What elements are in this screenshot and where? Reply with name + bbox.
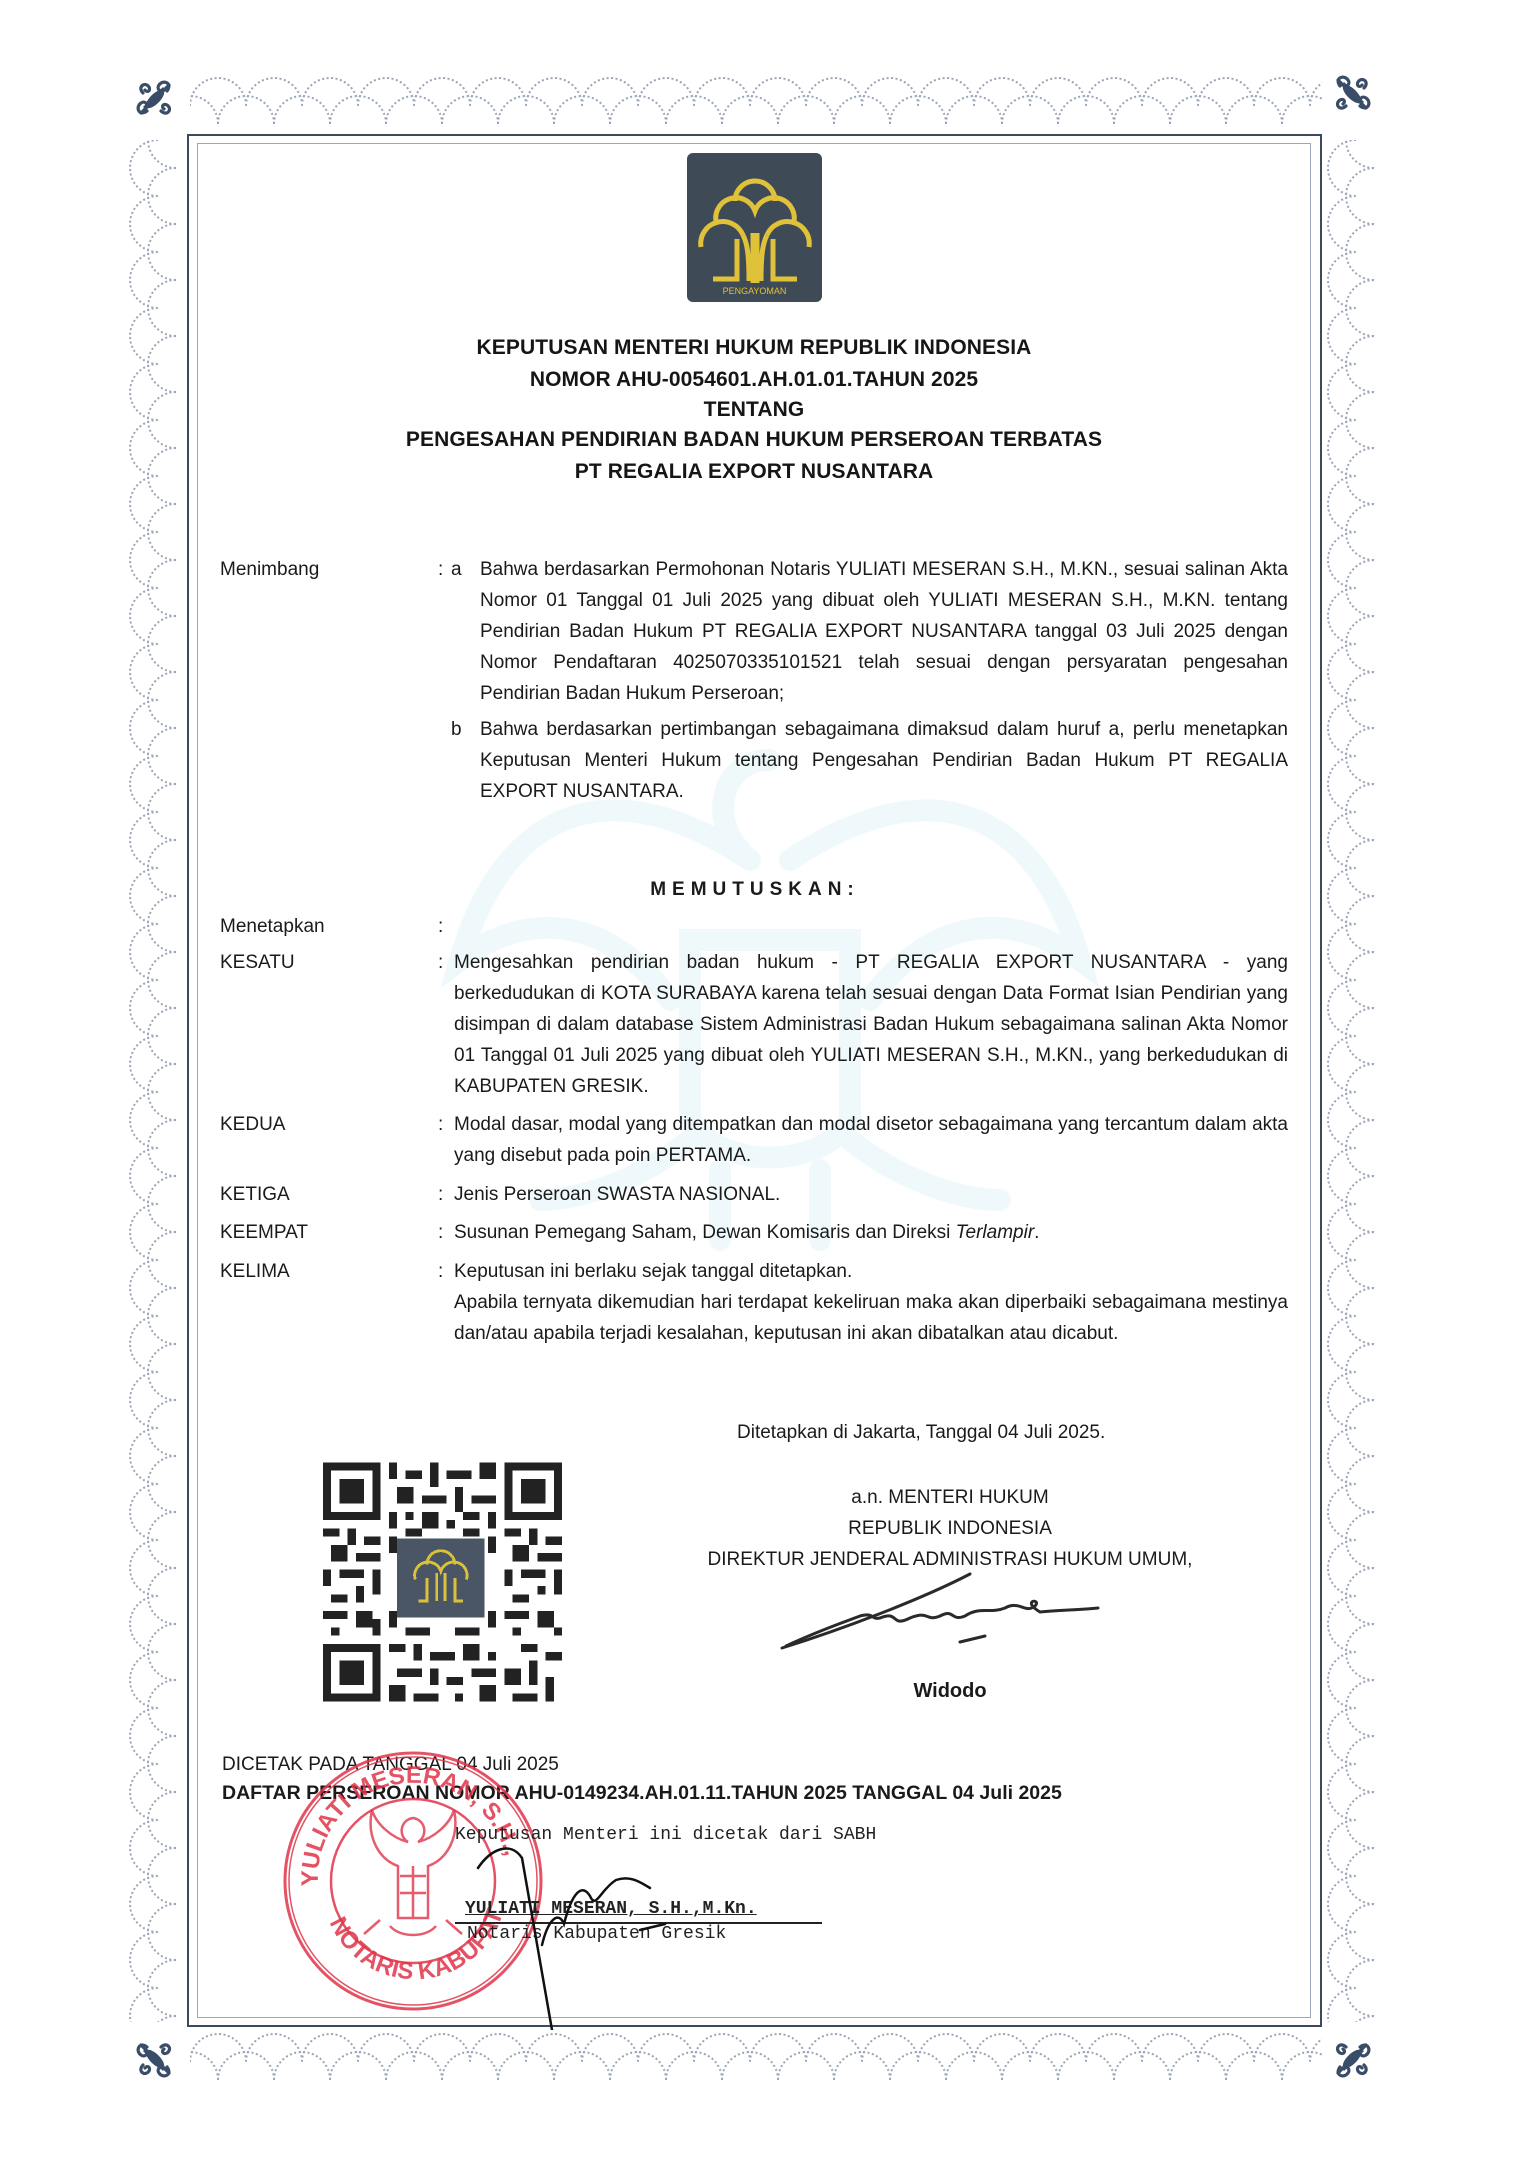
corner-ornament-icon — [1330, 2037, 1374, 2081]
decision-text-kedua: Modal dasar, modal yang ditempatkan dan … — [454, 1109, 1288, 1171]
memutuskan-heading: MEMUTUSKAN: — [600, 877, 910, 903]
corner-ornament-icon — [133, 77, 177, 121]
item-letter-a: a — [451, 557, 462, 583]
decision-text-keempat-italic: Terlampir — [956, 1222, 1035, 1243]
decree-subject: PENGESAHAN PENDIRIAN BADAN HUKUM PERSERO… — [300, 427, 1208, 453]
decision-text-kesatu: Mengesahkan pendirian badan hukum - PT R… — [454, 947, 1288, 1102]
decree-number: NOMOR AHU-0054601.AH.01.01.TAHUN 2025 — [300, 367, 1208, 393]
decision-label-keempat: KEEMPAT — [220, 1220, 308, 1246]
corner-ornament-icon — [1330, 72, 1374, 116]
decree-tentang: TENTANG — [300, 397, 1208, 423]
svg-text:PENGAYOMAN: PENGAYOMAN — [723, 286, 787, 296]
border-scallop-bottom — [190, 2032, 1322, 2084]
decision-label-kedua: KEDUA — [220, 1112, 285, 1138]
menimbang-colon: : — [438, 557, 443, 583]
decision-text-kelima-note: Apabila ternyata dikemudian hari terdapa… — [454, 1287, 1288, 1349]
border-scallop-top — [190, 76, 1322, 128]
corner-ornament-icon — [133, 2037, 177, 2081]
verification-qr-code[interactable] — [323, 1462, 562, 1702]
notary-signature-icon — [440, 1840, 700, 2030]
menetapkan-colon: : — [438, 914, 443, 940]
menimbang-label: Menimbang — [220, 557, 319, 583]
decision-text-keempat: Susunan Pemegang Saham, Dewan Komisaris … — [454, 1217, 1288, 1248]
decision-text-kelima: Keputusan ini berlaku sejak tanggal dite… — [454, 1256, 1288, 1287]
pengayoman-tree-icon: PENGAYOMAN — [687, 153, 822, 302]
decision-colon: : — [438, 1259, 443, 1285]
decision-colon: : — [438, 950, 443, 976]
company-name: PT REGALIA EXPORT NUSANTARA — [300, 459, 1208, 485]
decision-text-keempat-main: Susunan Pemegang Saham, Dewan Komisaris … — [454, 1222, 956, 1243]
signatory-country: REPUBLIK INDONESIA — [690, 1513, 1210, 1544]
decision-colon: : — [438, 1112, 443, 1138]
decision-text-keempat-end: . — [1034, 1222, 1039, 1243]
signatory-on-behalf: a.n. MENTERI HUKUM — [690, 1482, 1210, 1513]
decision-colon: : — [438, 1220, 443, 1246]
decree-title: KEPUTUSAN MENTERI HUKUM REPUBLIK INDONES… — [300, 335, 1208, 361]
signer-name: Widodo — [850, 1680, 1050, 1703]
menetapkan-label: Menetapkan — [220, 914, 325, 940]
menimbang-item-a: Bahwa berdasarkan Permohonan Notaris YUL… — [480, 554, 1288, 709]
place-date: Ditetapkan di Jakarta, Tanggal 04 Juli 2… — [737, 1420, 1105, 1446]
decision-text-ketiga: Jenis Perseroan SWASTA NASIONAL. — [454, 1179, 1288, 1210]
pengayoman-logo: PENGAYOMAN — [687, 153, 822, 302]
border-scallop-right — [1326, 140, 1381, 2022]
border-scallop-left — [128, 140, 183, 2022]
item-letter-b: b — [451, 717, 462, 743]
decision-label-kesatu: KESATU — [220, 950, 295, 976]
decision-label-kelima: KELIMA — [220, 1259, 290, 1285]
decision-label-ketiga: KETIGA — [220, 1182, 290, 1208]
menimbang-item-b: Bahwa berdasarkan pertimbangan sebagaima… — [480, 714, 1288, 807]
decision-colon: : — [438, 1182, 443, 1208]
director-signature-icon — [780, 1570, 1120, 1660]
